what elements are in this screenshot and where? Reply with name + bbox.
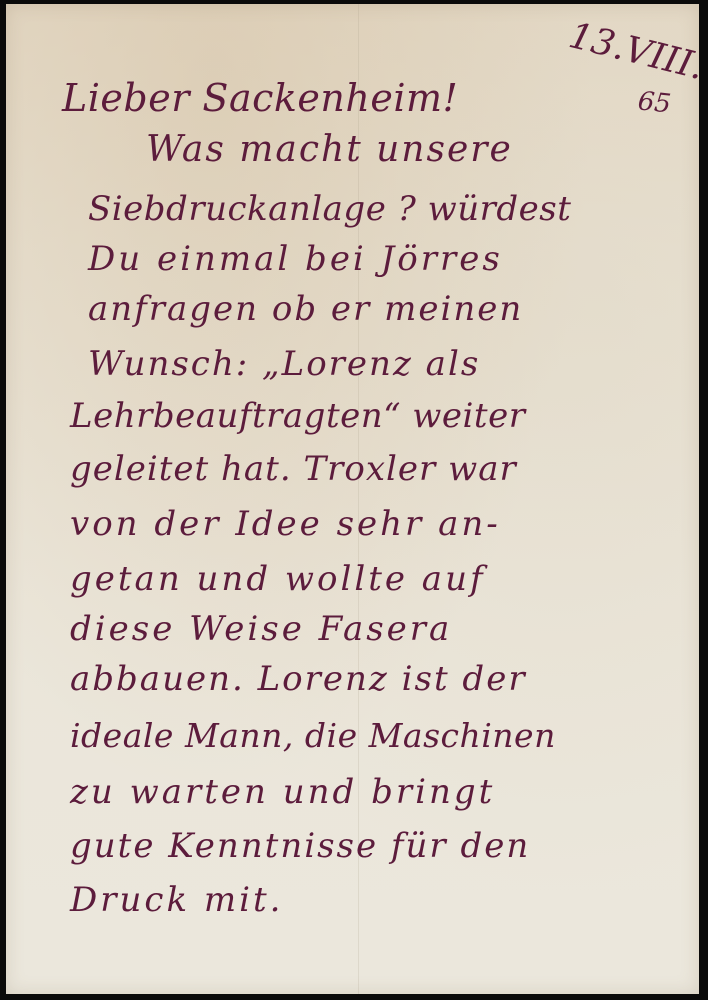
letter-line: diese Weise Fasera <box>70 609 452 649</box>
letter-line: ideale Mann, die Maschinen <box>70 716 556 755</box>
letter-paper: ⠀ 13.VIII. 65 Lieber Sackenheim! Was mac… <box>6 4 699 994</box>
letter-line: getan und wollte auf <box>70 559 486 599</box>
date-day-month: 13.VIII. <box>565 15 708 88</box>
letter-line: Wunsch: „Lorenz als <box>88 344 480 384</box>
letter-line: abbauen. Lorenz ist der <box>70 659 527 699</box>
letter-line: von der Idee sehr an- <box>70 504 501 544</box>
letter-line: Was macht unsere <box>146 129 513 170</box>
salutation: Lieber Sackenheim! <box>62 76 458 120</box>
letter-line: Lehrbeauftragten“ weiter <box>70 396 525 436</box>
date-year: 65 <box>637 88 673 117</box>
letter-line: anfragen ob er meinen <box>88 289 523 329</box>
letter-line: Siebdruckanlage ? würdest <box>88 189 571 229</box>
letter-line: geleitet hat. Troxler war <box>70 449 517 489</box>
letter-line: Druck mit. <box>70 880 283 920</box>
letter-date: 13.VIII. 65 <box>565 18 707 86</box>
letter-line: zu warten und bringt <box>70 772 495 812</box>
letter-line: Du einmal bei Jörres <box>88 239 503 279</box>
letter-line: gute Kenntnisse für den <box>70 826 530 866</box>
